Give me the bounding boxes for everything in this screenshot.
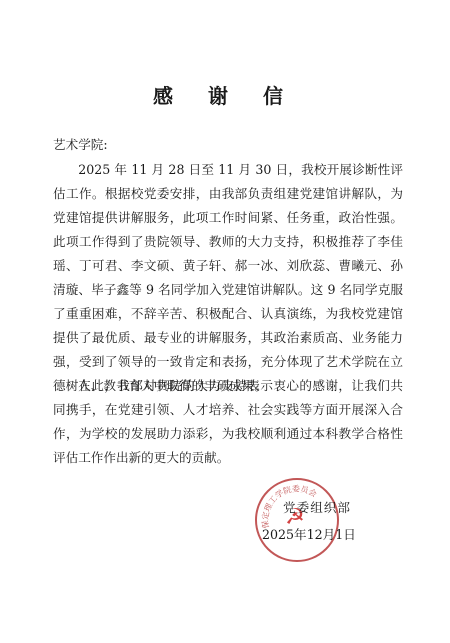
date: 2025年12月1日 [262, 524, 356, 543]
signer: 党委组织部 [283, 497, 351, 516]
paragraph-1: 2025 年 11 月 28 日至 11 月 30 日，我校开展诊断性评估工作。… [53, 158, 403, 398]
paragraph-2: 在此，我部对贵院的大力支持表示衷心的感谢，让我们共同携手，在党建引领、人才培养、… [53, 374, 403, 470]
salutation: 艺术学院: [53, 134, 108, 153]
letter-title: 感 谢 信 [0, 80, 450, 109]
official-stamp: 保定理工学院委员会 ☭ [255, 478, 339, 562]
